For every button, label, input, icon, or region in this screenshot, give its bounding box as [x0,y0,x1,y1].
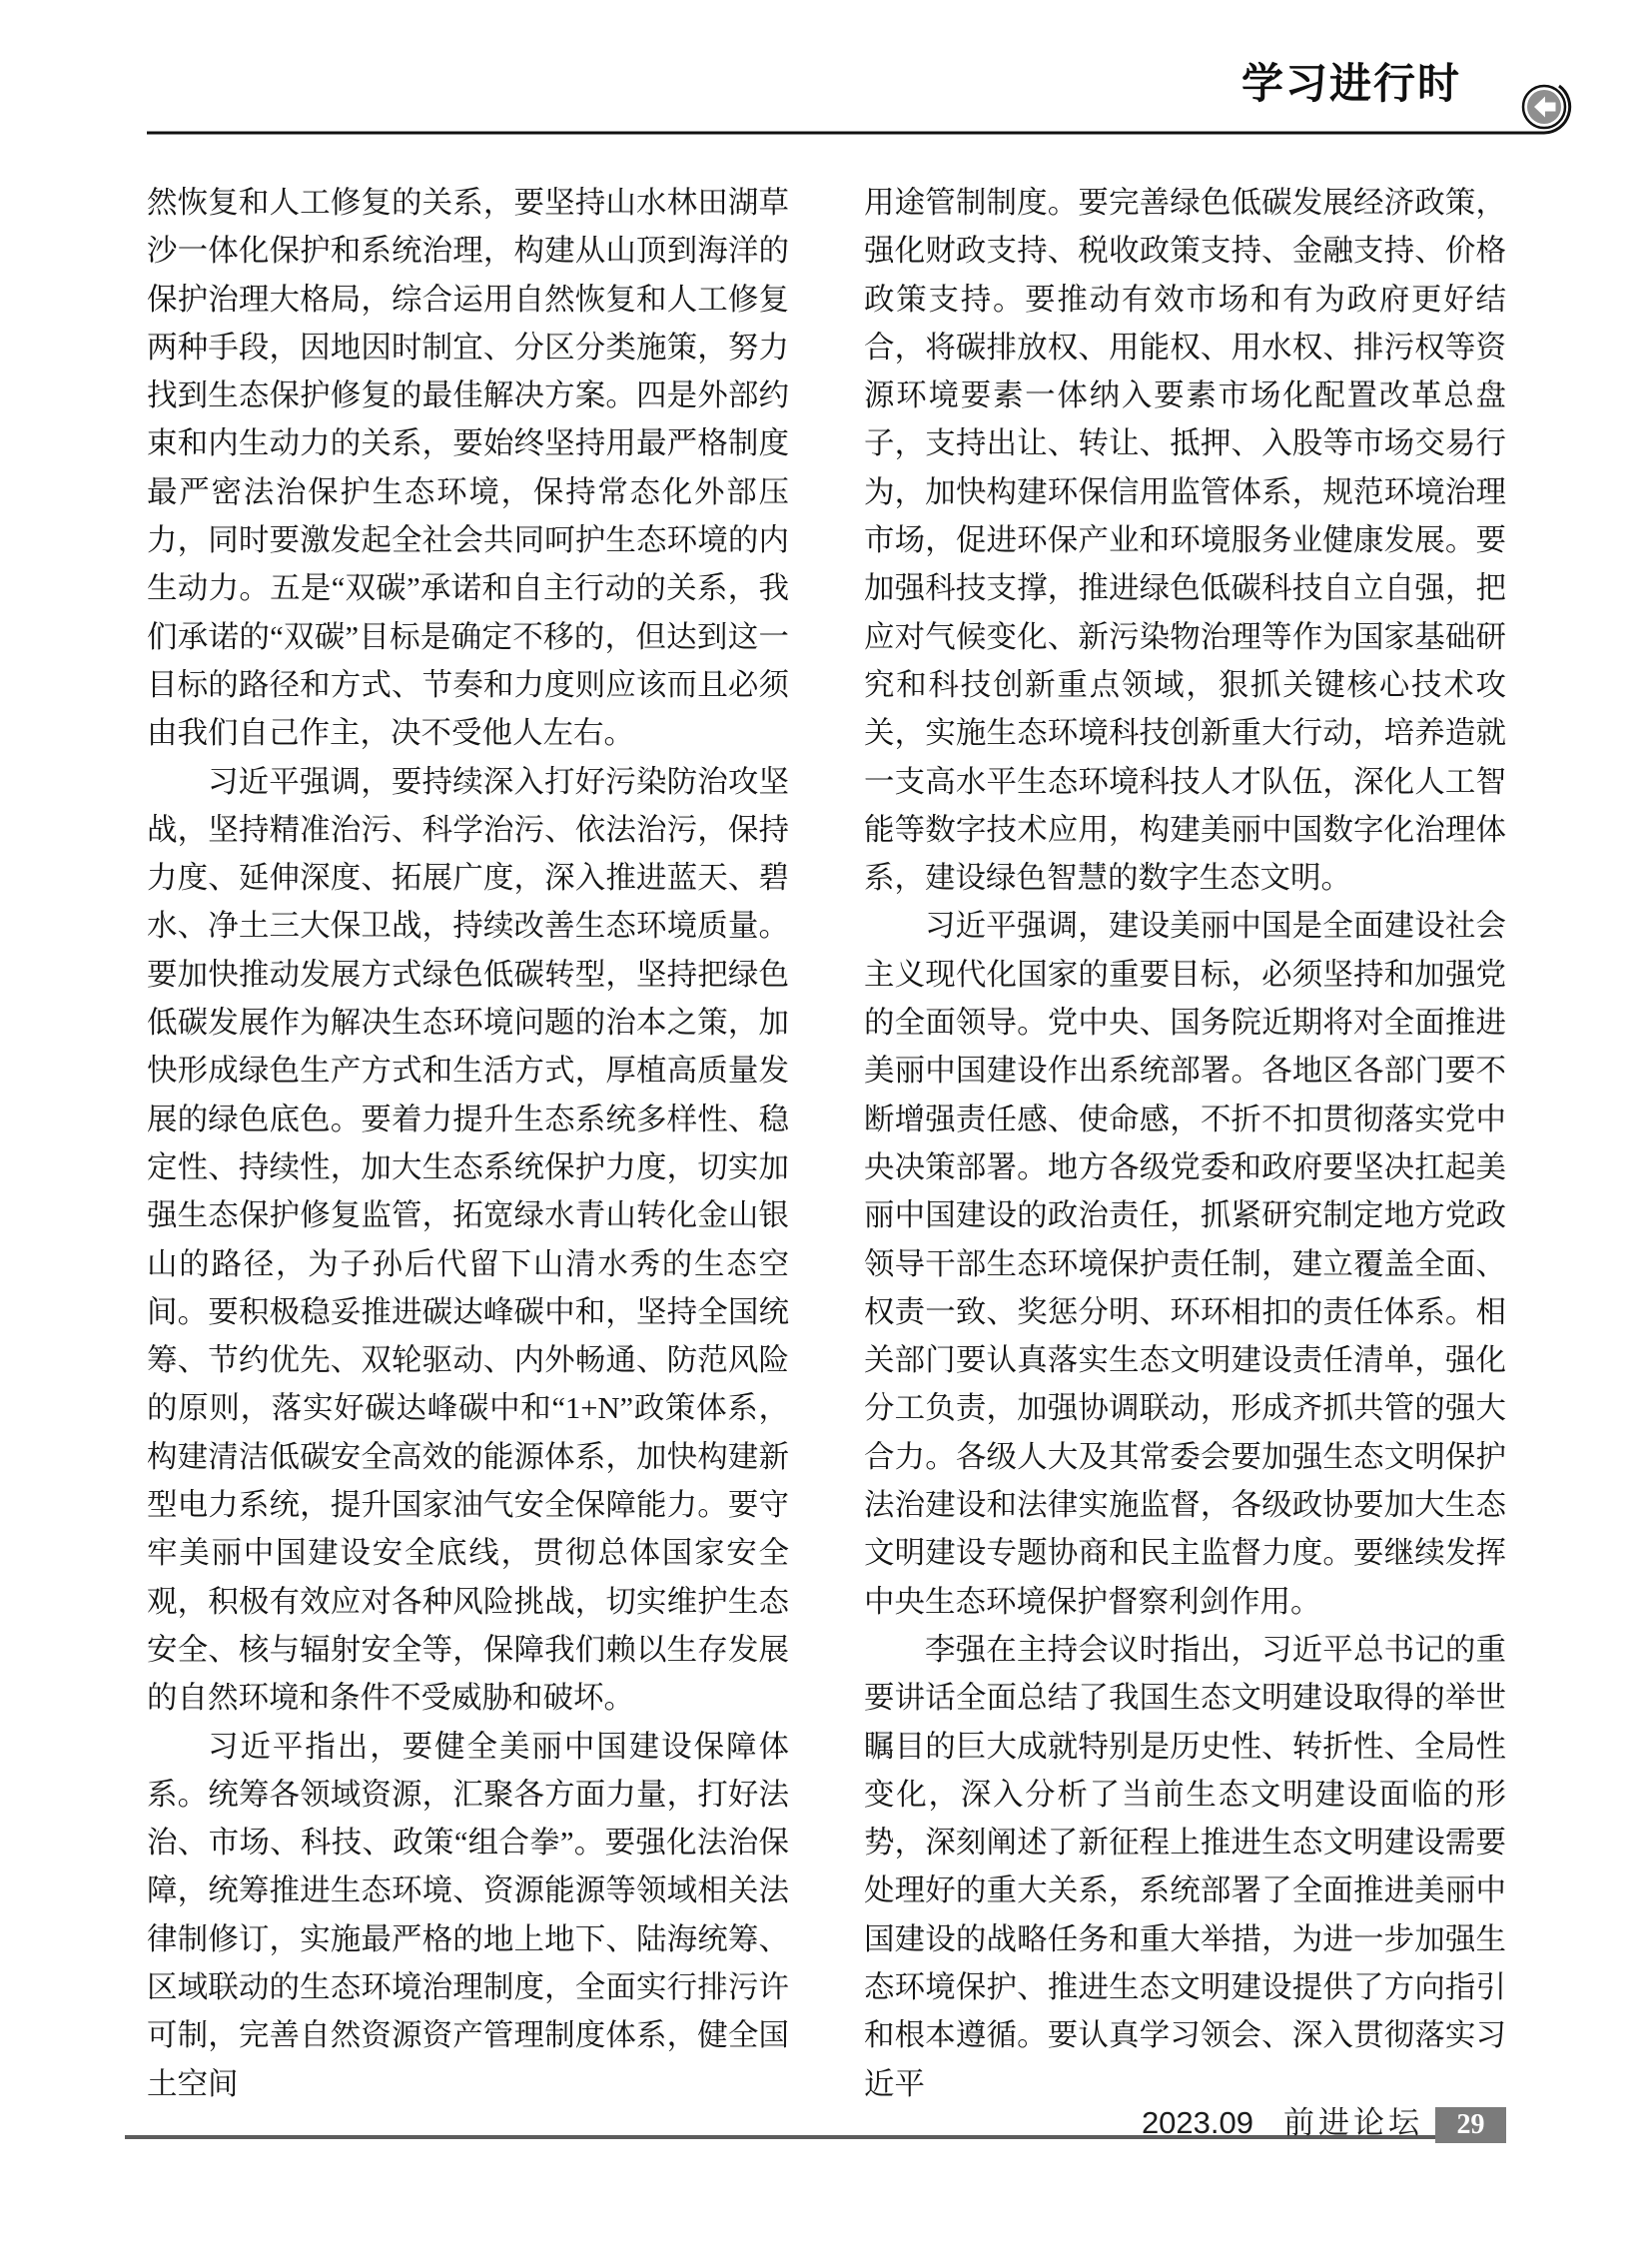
header-rule-and-icon [0,0,1652,200]
footer-meta: 2023.09 前进论坛 [0,2105,1423,2141]
paragraph: 习近平强调，要持续深入打好污染防治攻坚战，坚持精准治污、科学治污、依法治污，保持… [147,758,789,1723]
paragraph: 习近平强调，建设美丽中国是全面建设社会主义现代化国家的重要目标，必须坚持和加强党… [864,902,1506,1625]
right-column: 用途管制制度。要完善绿色低碳发展经济政策，强化财政支持、税收政策支持、金融支持、… [864,179,1506,2108]
paragraph: 习近平指出，要健全美丽中国建设保障体系。统筹各领域资源，汇聚各方面力量，打好法治… [147,1723,789,2108]
footer-journal-name: 前进论坛 [1283,2105,1423,2141]
header-rule [147,86,1570,133]
page-number-badge: 29 [1435,2107,1506,2143]
left-column: 然恢复和人工修复的关系，要坚持山水林田湖草沙一体化保护和系统治理，构建从山顶到海… [147,179,789,2108]
magazine-page: 学习进行时 然恢复和人工修复的关系，要坚持山水林田湖草沙一体化保护和系统治理，构… [0,0,1652,2242]
paragraph: 用途管制制度。要完善绿色低碳发展经济政策，强化财政支持、税收政策支持、金融支持、… [864,179,1506,902]
footer-issue-date: 2023.09 [1142,2105,1253,2141]
circled-back-arrow-icon [1523,86,1565,128]
paragraph: 然恢复和人工修复的关系，要坚持山水林田湖草沙一体化保护和系统治理，构建从山顶到海… [147,179,789,758]
paragraph: 李强在主持会议时指出，习近平总书记的重要讲话全面总结了我国生态文明建设取得的举世… [864,1626,1506,2108]
